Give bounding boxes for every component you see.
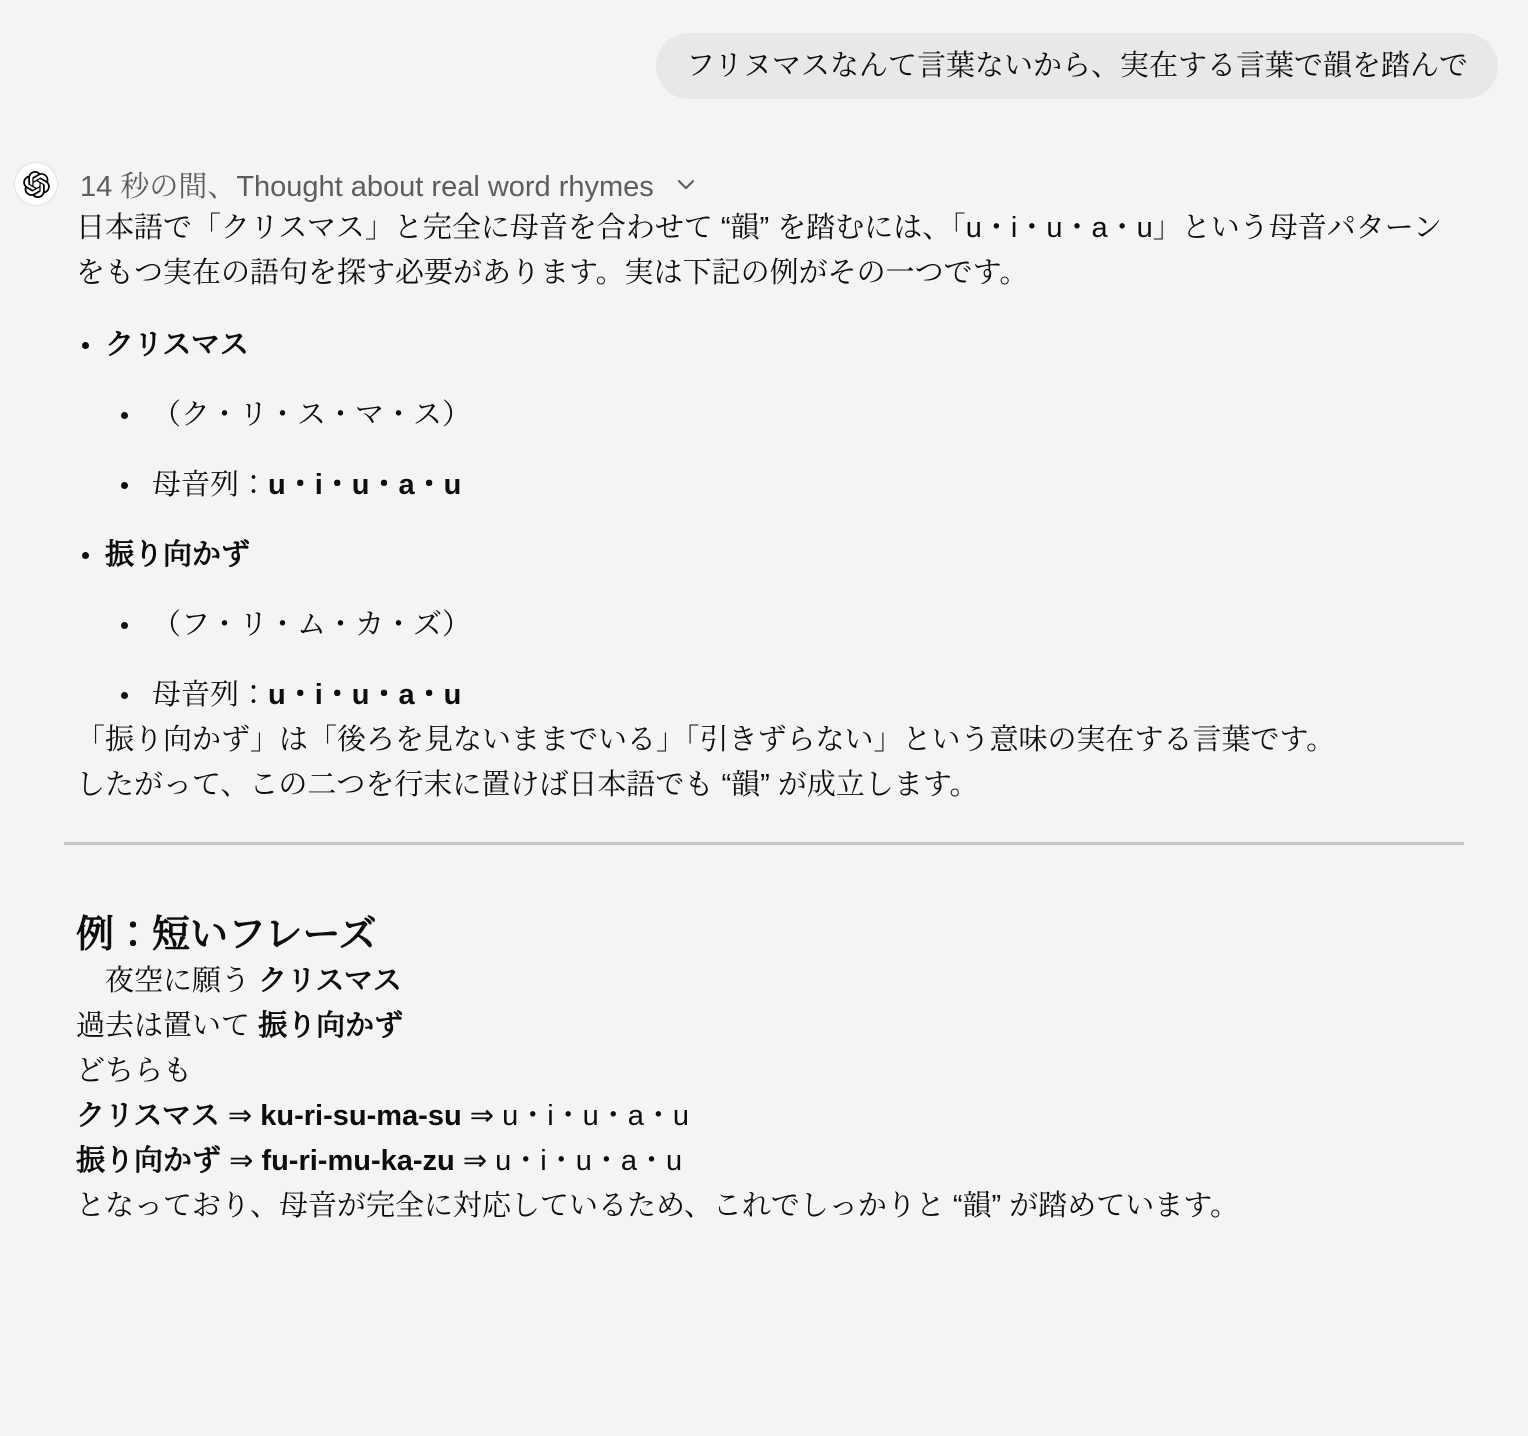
analysis-line3-romaji: fu-ri-mu-ka-zu — [261, 1145, 454, 1177]
example-heading: 例：短いフレーズ — [76, 911, 1464, 959]
reading-item: （フ・リ・ム・カ・ズ） — [114, 603, 1464, 648]
analysis-line3-vowels: ⇒ u・i・u・a・u — [455, 1145, 682, 1177]
assistant-message: 日本語で「クリスマス」と完全に母音を合わせて “韻” を踏むには、「u・i・u・… — [76, 206, 1464, 1229]
term-label: クリスマス — [105, 329, 249, 361]
analysis-line3-arrow: ⇒ — [221, 1145, 261, 1177]
meaning-line2: したがって、この二つを行末に置けば日本語でも “韻” が成立します。 — [76, 769, 979, 801]
section-divider — [64, 842, 1464, 845]
reading-item: （ク・リ・ス・マ・ス） — [114, 393, 1464, 438]
analysis-line2-arrow: ⇒ — [220, 1100, 260, 1132]
thought-summary-label: 14 秒の間、Thought about real word rhymes — [80, 164, 654, 205]
furimukazu-details: （フ・リ・ム・カ・ズ） 母音列：u・i・u・a・u — [114, 603, 1464, 718]
meaning-line1: 「振り向かず」は「後ろを見ないままでいる」「引きずらない」という意味の実在する言… — [76, 724, 1335, 756]
verse-line2-text: 過去は置いて — [76, 1010, 258, 1042]
analysis-line1: どちらも — [76, 1055, 192, 1087]
rhyme-word-list: クリスマス （ク・リ・ス・マ・ス） 母音列：u・i・u・a・u 振り向かず （フ… — [76, 323, 1464, 718]
intro-paragraph: 日本語で「クリスマス」と完全に母音を合わせて “韻” を踏むには、「u・i・u・… — [76, 206, 1464, 296]
chatgpt-logo-icon — [23, 171, 50, 198]
reading-text: （ク・リ・ス・マ・ス） — [152, 399, 471, 431]
vowel-label: 母音列： — [152, 679, 268, 711]
analysis-line4: となっており、母音が完全に対応しているため、これでしっかりと “韻” が踏めてい… — [76, 1190, 1239, 1222]
analysis-line2-romaji: ku-ri-su-ma-su — [260, 1100, 461, 1132]
vowel-item: 母音列：u・i・u・a・u — [114, 463, 1464, 508]
list-item-kurisumasu: クリスマス （ク・リ・ス・マ・ス） 母音列：u・i・u・a・u — [76, 323, 1464, 508]
vowel-item: 母音列：u・i・u・a・u — [114, 673, 1464, 718]
meaning-paragraph: 「振り向かず」は「後ろを見ないままでいる」「引きずらない」という意味の実在する言… — [76, 718, 1464, 808]
analysis-line3-term: 振り向かず — [76, 1145, 221, 1177]
reading-text: （フ・リ・ム・カ・ズ） — [152, 609, 471, 641]
kurisumasu-details: （ク・リ・ス・マ・ス） 母音列：u・i・u・a・u — [114, 393, 1464, 508]
vowel-sequence: u・i・u・a・u — [268, 679, 461, 711]
user-message-bubble: フリヌマスなんて言葉ないから、実在する言葉で韻を踏んで — [656, 33, 1498, 99]
assistant-avatar — [14, 162, 58, 206]
verse-line1-text: 夜空に願う — [76, 965, 258, 997]
verse-line1-keyword: クリスマス — [258, 965, 402, 997]
term-label: 振り向かず — [105, 539, 250, 571]
thought-summary-toggle[interactable]: 14 秒の間、Thought about real word rhymes — [14, 162, 700, 206]
vowel-sequence: u・i・u・a・u — [268, 469, 461, 501]
analysis-paragraph: どちらも クリスマス ⇒ ku-ri-su-ma-su ⇒ u・i・u・a・u … — [76, 1049, 1464, 1229]
list-item-furimukazu: 振り向かず （フ・リ・ム・カ・ズ） 母音列：u・i・u・a・u — [76, 533, 1464, 718]
analysis-line2-term: クリスマス — [76, 1100, 220, 1132]
chevron-down-icon[interactable] — [672, 170, 700, 198]
chat-conversation: フリヌマスなんて言葉ないから、実在する言葉で韻を踏んで 14 秒の間、Thoug… — [0, 0, 1528, 1436]
vowel-label: 母音列： — [152, 469, 268, 501]
verse-block: 夜空に願う クリスマス 過去は置いて 振り向かず — [76, 959, 1464, 1049]
analysis-line2-vowels: ⇒ u・i・u・a・u — [462, 1100, 689, 1132]
user-message-row: フリヌマスなんて言葉ないから、実在する言葉で韻を踏んで — [0, 0, 1528, 99]
verse-line2-keyword: 振り向かず — [258, 1010, 403, 1042]
